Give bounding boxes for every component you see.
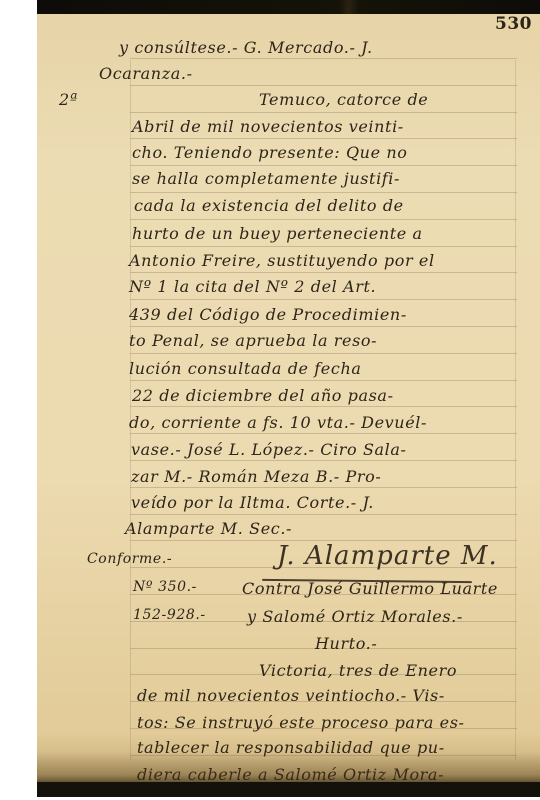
ruled-line (130, 460, 517, 461)
handwritten-line: vase.- José L. López.- Ciro Sala- (131, 440, 407, 459)
ruled-line (130, 192, 517, 193)
ruled-line (130, 165, 517, 166)
handwritten-line: de mil novecientos veintiocho.- Vis- (137, 686, 445, 705)
handwritten-line: lución consultada de fecha (129, 359, 361, 378)
case-parties-line-2: y Salomé Ortiz Morales.- (247, 607, 463, 626)
ruled-line (130, 58, 517, 59)
handwritten-line: Ocaranza.- (99, 64, 193, 83)
ruled-line (130, 353, 517, 354)
handwritten-line: cada la existencia del delito de (134, 196, 404, 215)
handwritten-line: zar M.- Román Meza B.- Pro- (131, 467, 381, 486)
case-parties-line-1: Contra José Guillermo Luarte (242, 579, 498, 598)
ruled-line (130, 85, 517, 86)
handwritten-line: Abril de mil novecientos veinti- (132, 117, 404, 136)
ruled-line (130, 219, 517, 220)
ruled-line (130, 406, 517, 407)
handwritten-line: y consúltese.- G. Mercado.- J. (119, 38, 373, 57)
conforme-label: Conforme.- (87, 551, 172, 567)
ruled-line (130, 514, 517, 515)
scanner-bottom-edge (37, 782, 540, 797)
handwritten-line: Temuco, catorce de (259, 90, 428, 109)
ruled-line (130, 246, 517, 247)
handwritten-line: to Penal, se aprueba la reso- (129, 331, 377, 350)
scanner-top-edge (37, 0, 540, 14)
handwritten-line: 22 de diciembre del año pasa- (132, 386, 394, 405)
ruled-line (130, 487, 517, 488)
handwritten-line: do, corriente a fs. 10 vta.- Devuél- (129, 413, 427, 432)
page-curl-shadow (37, 752, 540, 784)
page-number: 530 (495, 14, 532, 34)
ruled-line (130, 272, 517, 273)
handwritten-line: hurto de un buey perteneciente a (132, 224, 423, 243)
ruled-line (130, 433, 517, 434)
handwritten-line: cho. Teniendo presente: Que no (132, 143, 407, 162)
manuscript-page: 530 y consúltese.- G. Mercado.- J.Ocaran… (37, 0, 540, 797)
handwritten-line: Victoria, tres de Enero (259, 661, 457, 680)
handwritten-line: Nº 1 la cita del Nº 2 del Art. (129, 277, 376, 296)
ruled-line (130, 380, 517, 381)
case-number: Nº 350.- (133, 579, 197, 595)
ruled-line (130, 326, 517, 327)
case-roll-number: 152-928.- (133, 607, 206, 623)
handwritten-line: tos: Se instruyó este proceso para es- (137, 713, 465, 732)
handwritten-line: Alamparte M. Sec.- (125, 519, 292, 538)
handwritten-line: veído por la Iltma. Corte.- J. (131, 493, 374, 512)
handwritten-line: se halla completamente justifi- (132, 169, 400, 188)
ruled-line (130, 138, 517, 139)
handwritten-line: 439 del Código de Procedimien- (129, 305, 407, 324)
signature: J. Alamparte M. (277, 541, 498, 571)
case-crime: Hurto.- (315, 634, 377, 653)
ruled-line (130, 299, 517, 300)
ruled-line (130, 112, 517, 113)
handwritten-line: Antonio Freire, sustituyendo por el (129, 251, 435, 270)
margin-note-second: 2ª (59, 90, 78, 109)
